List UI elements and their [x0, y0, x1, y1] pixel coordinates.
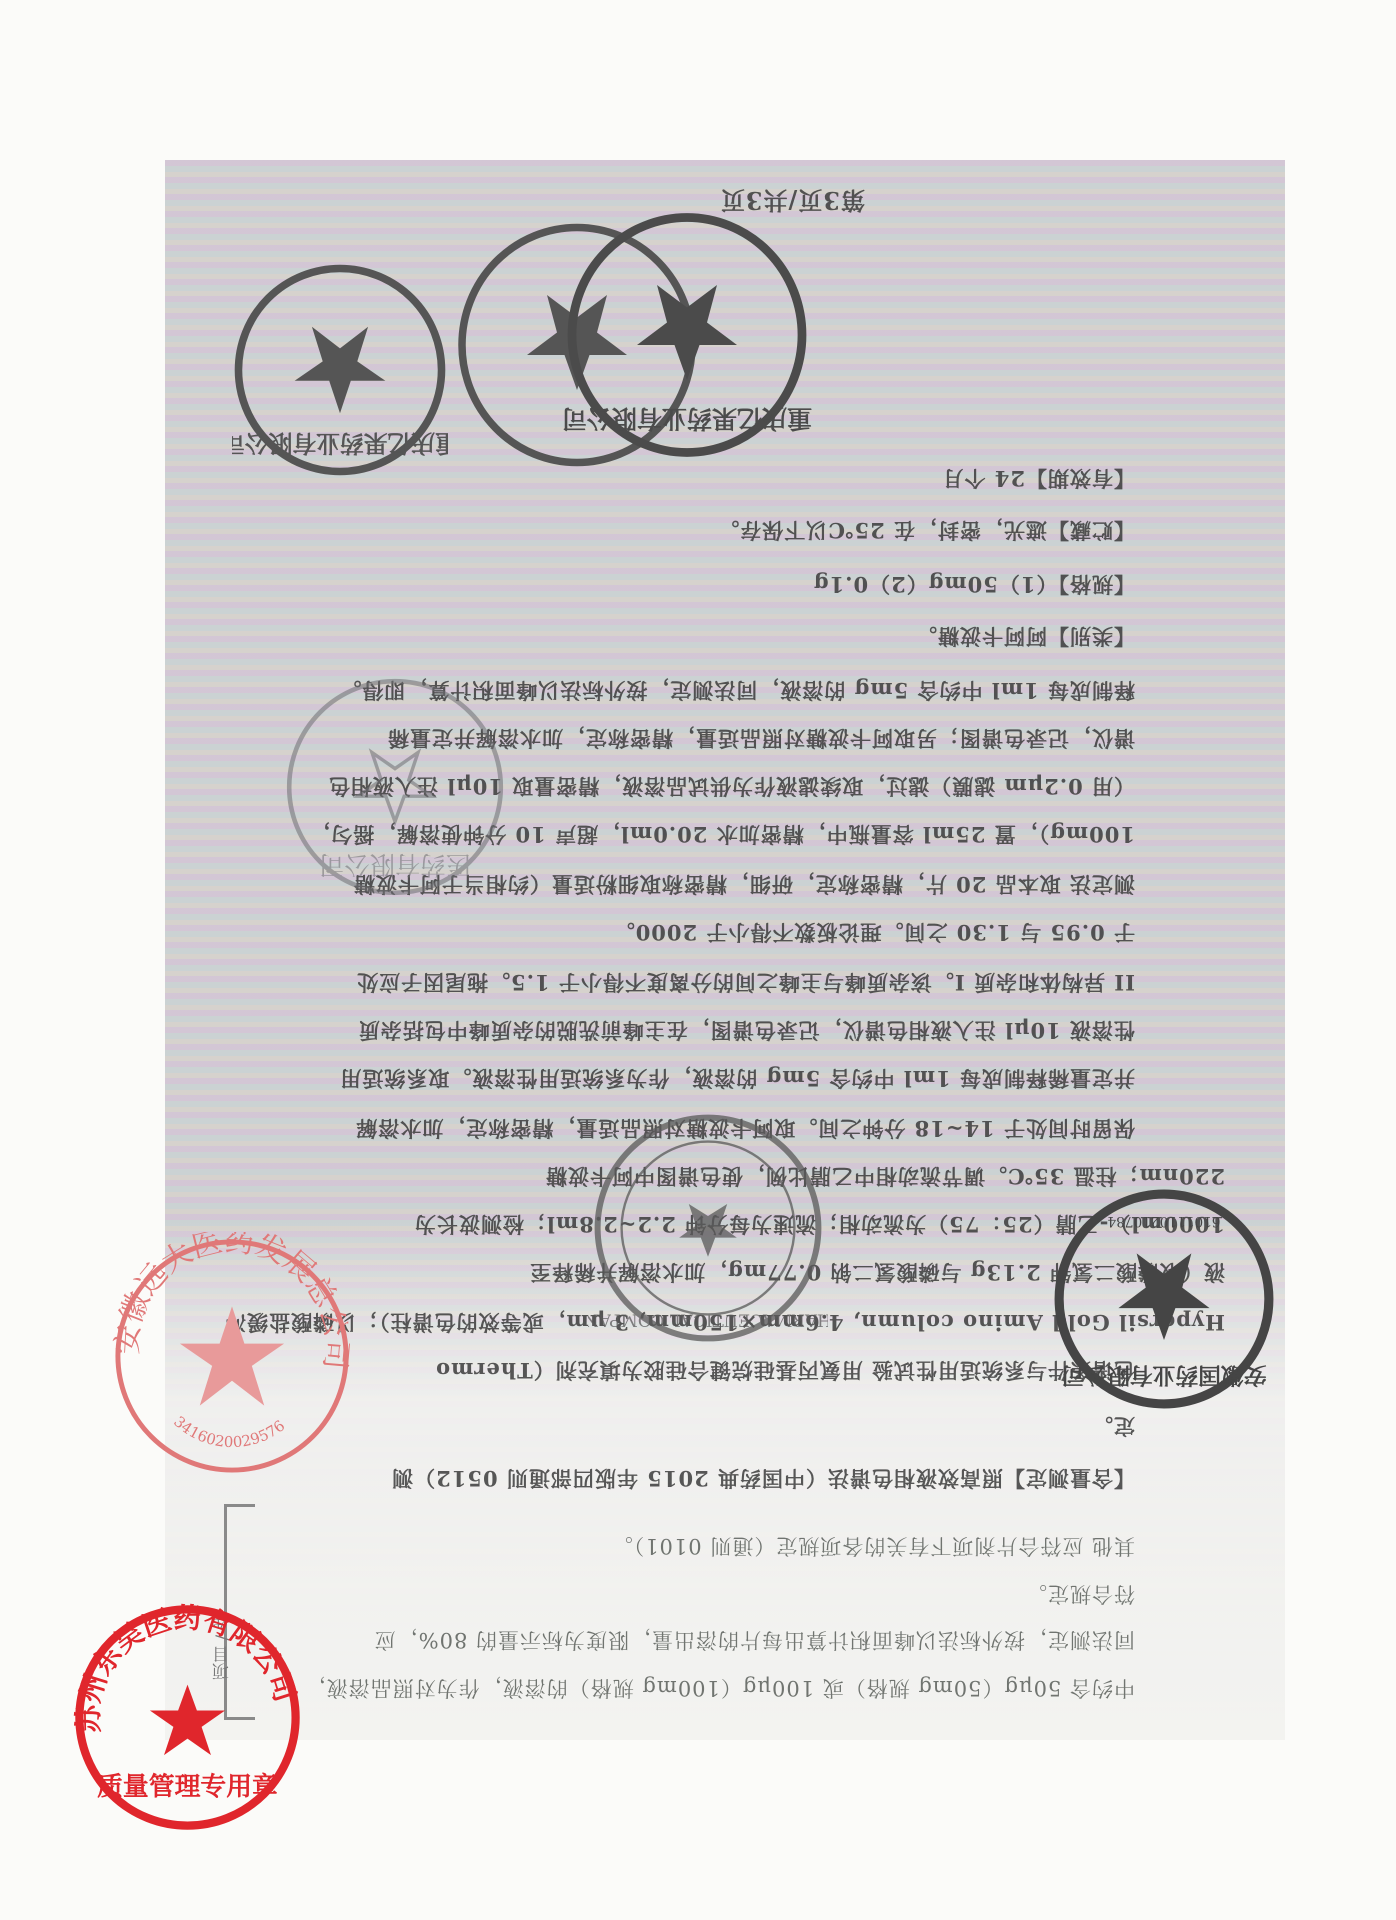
stamp-anhui-yuanda: 安徽远大医药发展总公司3416020029576 [108, 1232, 356, 1480]
text-line: 其他 应符合片剂项下有关的各项规定（通则 0101）。 [611, 1532, 1135, 1562]
svg-text:PHARMACEUTICAL COMPANY: PHARMACEUTICAL COMPANY [588, 1310, 828, 1330]
section-heading-expiry: 【有效期】24 个月 [941, 464, 1135, 494]
svg-text:重庆亿果药业有限公司: 重庆亿果药业有限公司 [232, 429, 448, 457]
text-line: 符合规定。 [1025, 1580, 1135, 1610]
svg-text:安徽国药业有限公司: 安徽国药业有限公司 [1061, 1361, 1266, 1388]
stamp-chongqing-left: 重庆亿果药业有限公司 [232, 262, 448, 478]
stamp-chongqing-right: 重庆亿果药业有限公司 [562, 195, 812, 475]
svg-text:质量管理专用章: 质量管理专用章 [97, 1771, 278, 1802]
text-line: 色谱条件与系统适用性试验 用氨丙基硅烷键合硅胶为填充剂（Thermo [435, 1356, 1135, 1386]
svg-text:重庆亿果药业有限公司: 重庆亿果药业有限公司 [562, 404, 812, 433]
text-line: 中约含 50μg（50mg 规格）或 100μg（100mg 规格）的溶液，作为… [304, 1674, 1135, 1704]
text-line: 性溶液 10μl 注入液相色谱仪，记录色谱图，在主峰前洗脱的杂质峰中包括杂质 [358, 1016, 1135, 1046]
text-line: 定。 [1091, 1412, 1135, 1442]
section-heading-spec: 【规格】（1）50mg（2）0.1g [813, 570, 1135, 600]
svg-text:医药有限公司: 医药有限公司 [319, 850, 471, 879]
section-heading-assay: 【含量测定】照高效液相色谱法（中国药典 2015 年版四部通则 0512）测 [391, 1464, 1135, 1494]
stamp-pharmaceutical-company: PHARMACEUTICAL COMPANY [588, 1108, 828, 1348]
text-line: 同法测定，按外标法以峰面积计算出每片的溶出量，限度为标示量的 80%，应 [374, 1626, 1135, 1656]
section-heading-storage: 【贮藏】遮光，密封，在 25℃以下保存。 [717, 516, 1135, 546]
svg-text:6101110210784: 6101110210784 [1107, 1213, 1220, 1229]
section-heading-category: 【类别】阿阿卡波糖。 [915, 622, 1135, 652]
svg-text:3416020029576: 3416020029576 [170, 1413, 288, 1452]
stamp-faint-middle: 医药有限公司 [280, 672, 510, 902]
text-line: II 异构体和杂质 I。该杂质峰与主峰之间的分离度不得小于 1.5。拖尾因子应处 [356, 968, 1135, 998]
stamp-suzhou-dongwu: 苏州东吴医药有限公司质量管理专用章 [70, 1600, 305, 1835]
text-line: 于 0.95 与 1.30 之间。理论板数不得小于 2000。 [613, 918, 1135, 948]
stamp-dark-right: 安徽国药业有限公司6101110210784 [1050, 1185, 1278, 1413]
text-line: 并定量稀释制成每 1ml 中约含 5mg 的溶液，作为系统适用性溶液。取系统适用 [339, 1064, 1135, 1094]
